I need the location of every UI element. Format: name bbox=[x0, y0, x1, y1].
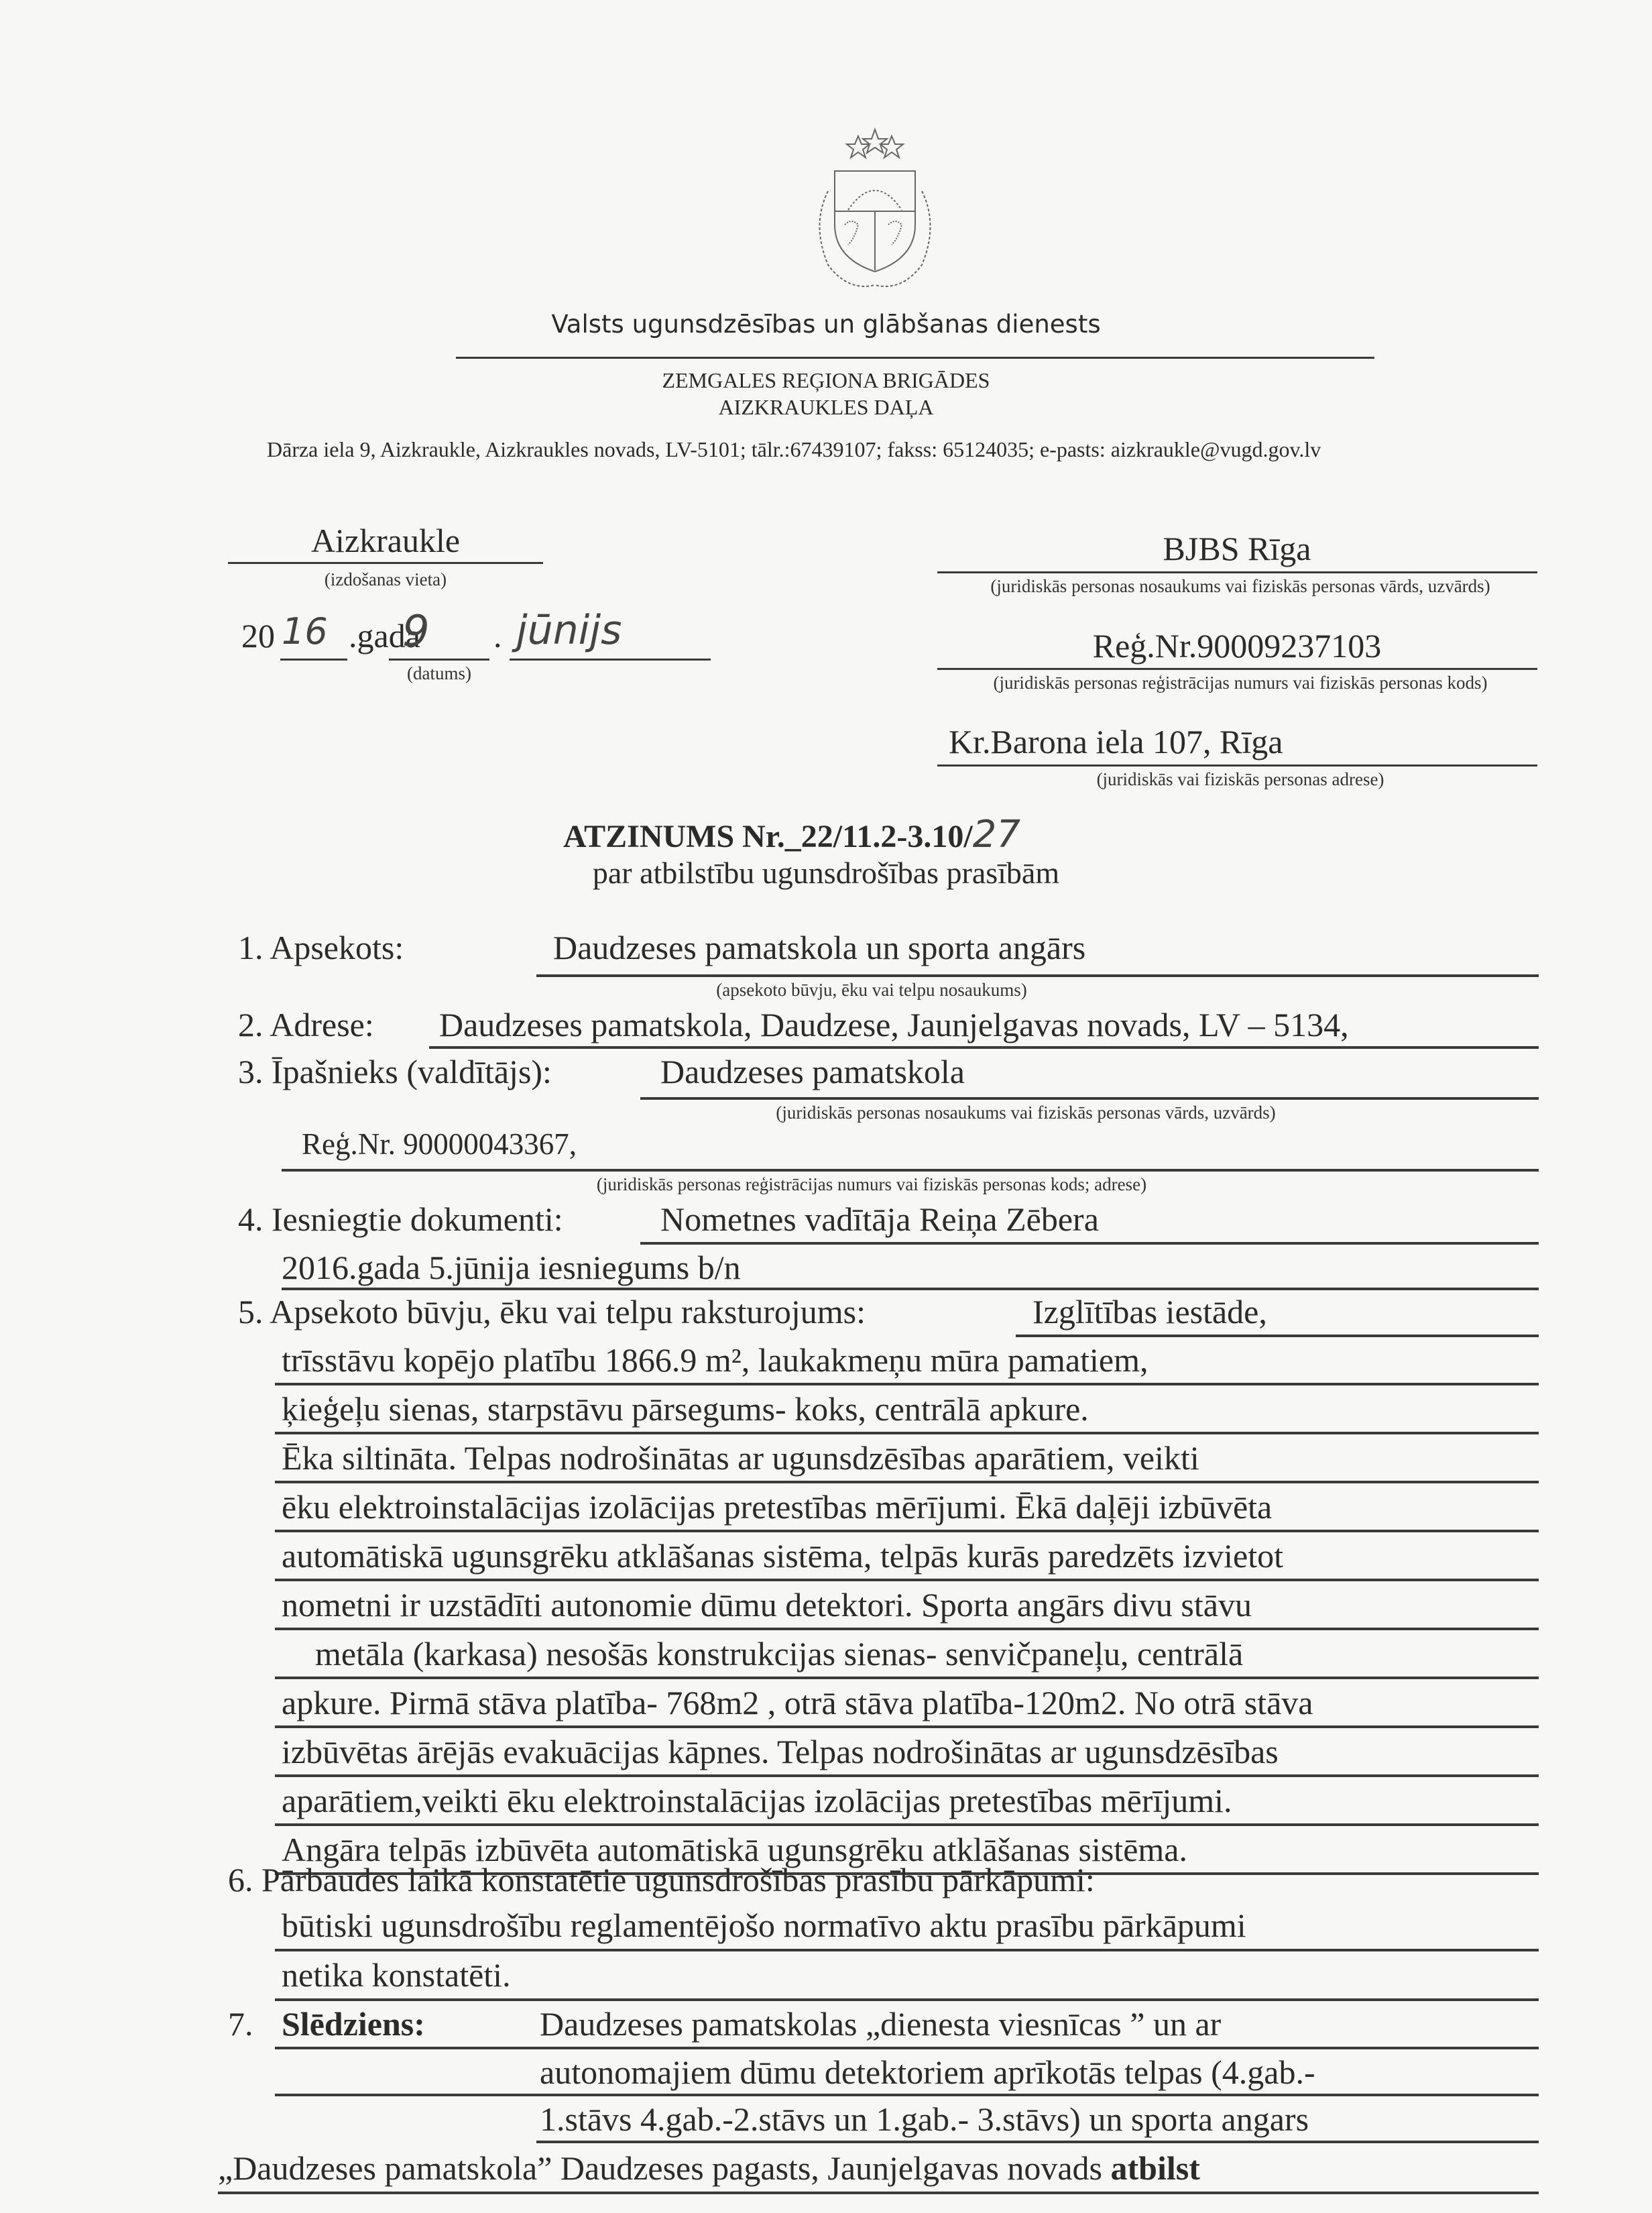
item5-first: Izglītības iestāde, bbox=[1032, 1293, 1267, 1330]
contact-line: Dārza iela 9, Aizkraukle, Aizkraukles no… bbox=[267, 437, 1608, 462]
item5-rule bbox=[275, 1383, 1539, 1385]
item5-line: nometni ir uzstādīti autonomie dūmu dete… bbox=[282, 1586, 1252, 1624]
service-name: Valsts ugunsdzēsības un glābšanas dienes… bbox=[402, 310, 1250, 339]
month-line bbox=[510, 659, 711, 661]
item5-rule-0 bbox=[1016, 1335, 1539, 1337]
document-subtitle: par atbilstību ugunsdrošības prasībām bbox=[402, 855, 1250, 891]
place-caption: (izdošanas vieta) bbox=[228, 569, 543, 590]
item5-line: ēku elektroinstalācijas izolācijas prete… bbox=[282, 1488, 1272, 1526]
item2-value: Daudzeses pamatskola, Daudzese, Jaunjelg… bbox=[439, 1006, 1349, 1043]
item3-reg: Reģ.Nr. 90000043367, bbox=[302, 1127, 577, 1161]
item5-rule bbox=[275, 1481, 1539, 1483]
recipient-address-line bbox=[937, 764, 1537, 767]
item7-rule-4 bbox=[218, 2192, 1539, 2194]
department-name: AIZKRAUKLES DAĻA bbox=[402, 394, 1250, 420]
item1-value: Daudzeses pamatskola un sporta angārs bbox=[553, 929, 1085, 966]
item7-line-2: autonomajiem dūmu detektoriem aprīkotās … bbox=[540, 2053, 1315, 2091]
item3-value: Daudzeses pamatskola bbox=[660, 1053, 965, 1090]
item7-rule-1 bbox=[275, 2047, 1539, 2049]
item5-line: apkure. Pirmā stāva platība- 768m2 , otr… bbox=[282, 1684, 1313, 1721]
item6-line-2: netika konstatēti. bbox=[282, 1956, 511, 1994]
issue-place: Aizkraukle bbox=[228, 522, 543, 559]
recipient-reg-caption: (juridiskās personas reģistrācijas numur… bbox=[952, 672, 1529, 693]
year-line bbox=[280, 659, 347, 661]
recipient-address: Kr.Barona iela 107, Rīga bbox=[949, 723, 1539, 760]
date-caption: (datums) bbox=[389, 663, 489, 684]
item2-label: 2. Adrese: bbox=[238, 1006, 374, 1043]
day-line bbox=[389, 659, 489, 661]
item3-reg-caption: (juridiskās personas reģistrācijas numur… bbox=[536, 1174, 1207, 1195]
recipient-address-caption: (juridiskās vai fiziskās personas adrese… bbox=[952, 769, 1529, 790]
item5-line: izbūvētas ārējās evakuācijas kāpnes. Tel… bbox=[282, 1733, 1279, 1770]
date-gada: .gada bbox=[282, 617, 420, 655]
item5-rule bbox=[275, 1677, 1539, 1679]
item4-line-2: 2016.gada 5.jūnija iesniegums b/n bbox=[282, 1249, 741, 1286]
item4-rule-1 bbox=[640, 1242, 1539, 1245]
place-line bbox=[228, 562, 543, 564]
item5-line: ķieģeļu sienas, starpstāvu pārsegums- ko… bbox=[282, 1390, 1089, 1428]
item7-last-text: „Daudzeses pamatskola” Daudzeses pagasts… bbox=[218, 2149, 1111, 2187]
item5-line: trīsstāvu kopējo platību 1866.9 m², lauk… bbox=[282, 1341, 1148, 1379]
item1-line bbox=[536, 974, 1539, 977]
date-prefix: 20 bbox=[241, 617, 275, 655]
item3-reg-line bbox=[282, 1169, 1539, 1172]
item4-label: 4. Iesniegtie dokumenti: bbox=[238, 1200, 563, 1238]
latvia-coat-of-arms-icon bbox=[808, 124, 935, 305]
item5-rule bbox=[275, 1530, 1539, 1532]
recipient-name: BJBS Rīga bbox=[935, 530, 1539, 567]
item5-rule bbox=[275, 1823, 1539, 1826]
item5-rule bbox=[275, 1628, 1539, 1630]
item7-line-1: Daudzeses pamatskolas „dienesta viesnīca… bbox=[540, 2005, 1221, 2043]
item5-line: metāla (karkasa) nesošās konstrukcijas s… bbox=[315, 1635, 1243, 1672]
item7-number: 7. bbox=[228, 2005, 253, 2043]
item4-rule-2 bbox=[282, 1288, 1539, 1290]
item5-line: Ēka siltināta. Telpas nodrošinātas ar ug… bbox=[282, 1439, 1199, 1477]
item5-rule bbox=[275, 1432, 1539, 1434]
date-dot: . bbox=[493, 617, 502, 655]
day-handwritten: 9 bbox=[402, 607, 430, 657]
item1-label: 1. Apsekots: bbox=[238, 929, 404, 966]
item7-rule-2 bbox=[275, 2094, 1539, 2096]
item5-label: 5. Apsekoto būvju, ēku vai telpu rakstur… bbox=[238, 1293, 866, 1330]
item6-rule-1 bbox=[275, 1949, 1539, 1951]
title-number-handwritten: 27 bbox=[973, 813, 1020, 856]
item5-rule bbox=[275, 1579, 1539, 1581]
item5-rule bbox=[275, 1774, 1539, 1777]
item5-line: automātiskā ugunsgrēku atklāšanas sistēm… bbox=[282, 1537, 1283, 1575]
header-divider bbox=[456, 357, 1374, 359]
item7-line-4: „Daudzeses pamatskola” Daudzeses pagasts… bbox=[218, 2149, 1200, 2187]
item2-line bbox=[429, 1046, 1539, 1049]
item6-line-1: būtiski ugunsdrošību reglamentējošo norm… bbox=[282, 1907, 1246, 1944]
item4-line-1: Nometnes vadītāja Reiņa Zēbera bbox=[660, 1200, 1099, 1238]
item3-label: 3. Īpašnieks (valdītājs): bbox=[238, 1053, 552, 1090]
title-main: ATZINUMS Nr._22/11.2-3.10/ bbox=[563, 819, 973, 854]
month-handwritten: jūnijs bbox=[516, 607, 622, 654]
item7-rule-3 bbox=[536, 2141, 1539, 2143]
item5-line: aparātiem,veikti ēku elektroinstalācijas… bbox=[282, 1782, 1232, 1819]
brigade-name: ZEMGALES REĢIONA BRIGĀDES bbox=[402, 367, 1250, 394]
document-title: ATZINUMS Nr._22/11.2-3.10/27 bbox=[563, 813, 1020, 856]
item1-caption: (apsekoto būvju, ēku vai telpu nosaukums… bbox=[536, 979, 1207, 1001]
item7-label: Slēdziens: bbox=[282, 2005, 425, 2043]
recipient-name-caption: (juridiskās personas nosaukums vai fizis… bbox=[952, 575, 1529, 597]
recipient-reg-nr: Reģ.Nr.90009237103 bbox=[935, 627, 1539, 665]
item3-caption: (juridiskās personas nosaukums vai fizis… bbox=[670, 1102, 1381, 1123]
item6-rule-2 bbox=[275, 1998, 1539, 2001]
item6-label: 6. Pārbaudes laikā konstatētie ugunsdroš… bbox=[228, 1861, 1095, 1898]
item7-verdict: atbilst bbox=[1111, 2149, 1200, 2187]
item5-rule bbox=[275, 1725, 1539, 1728]
recipient-name-line bbox=[937, 571, 1537, 573]
item3-line bbox=[640, 1097, 1539, 1100]
recipient-reg-line bbox=[937, 668, 1537, 670]
item7-line-3: 1.stāvs 4.gab.-2.stāvs un 1.gab.- 3.stāv… bbox=[540, 2100, 1309, 2138]
